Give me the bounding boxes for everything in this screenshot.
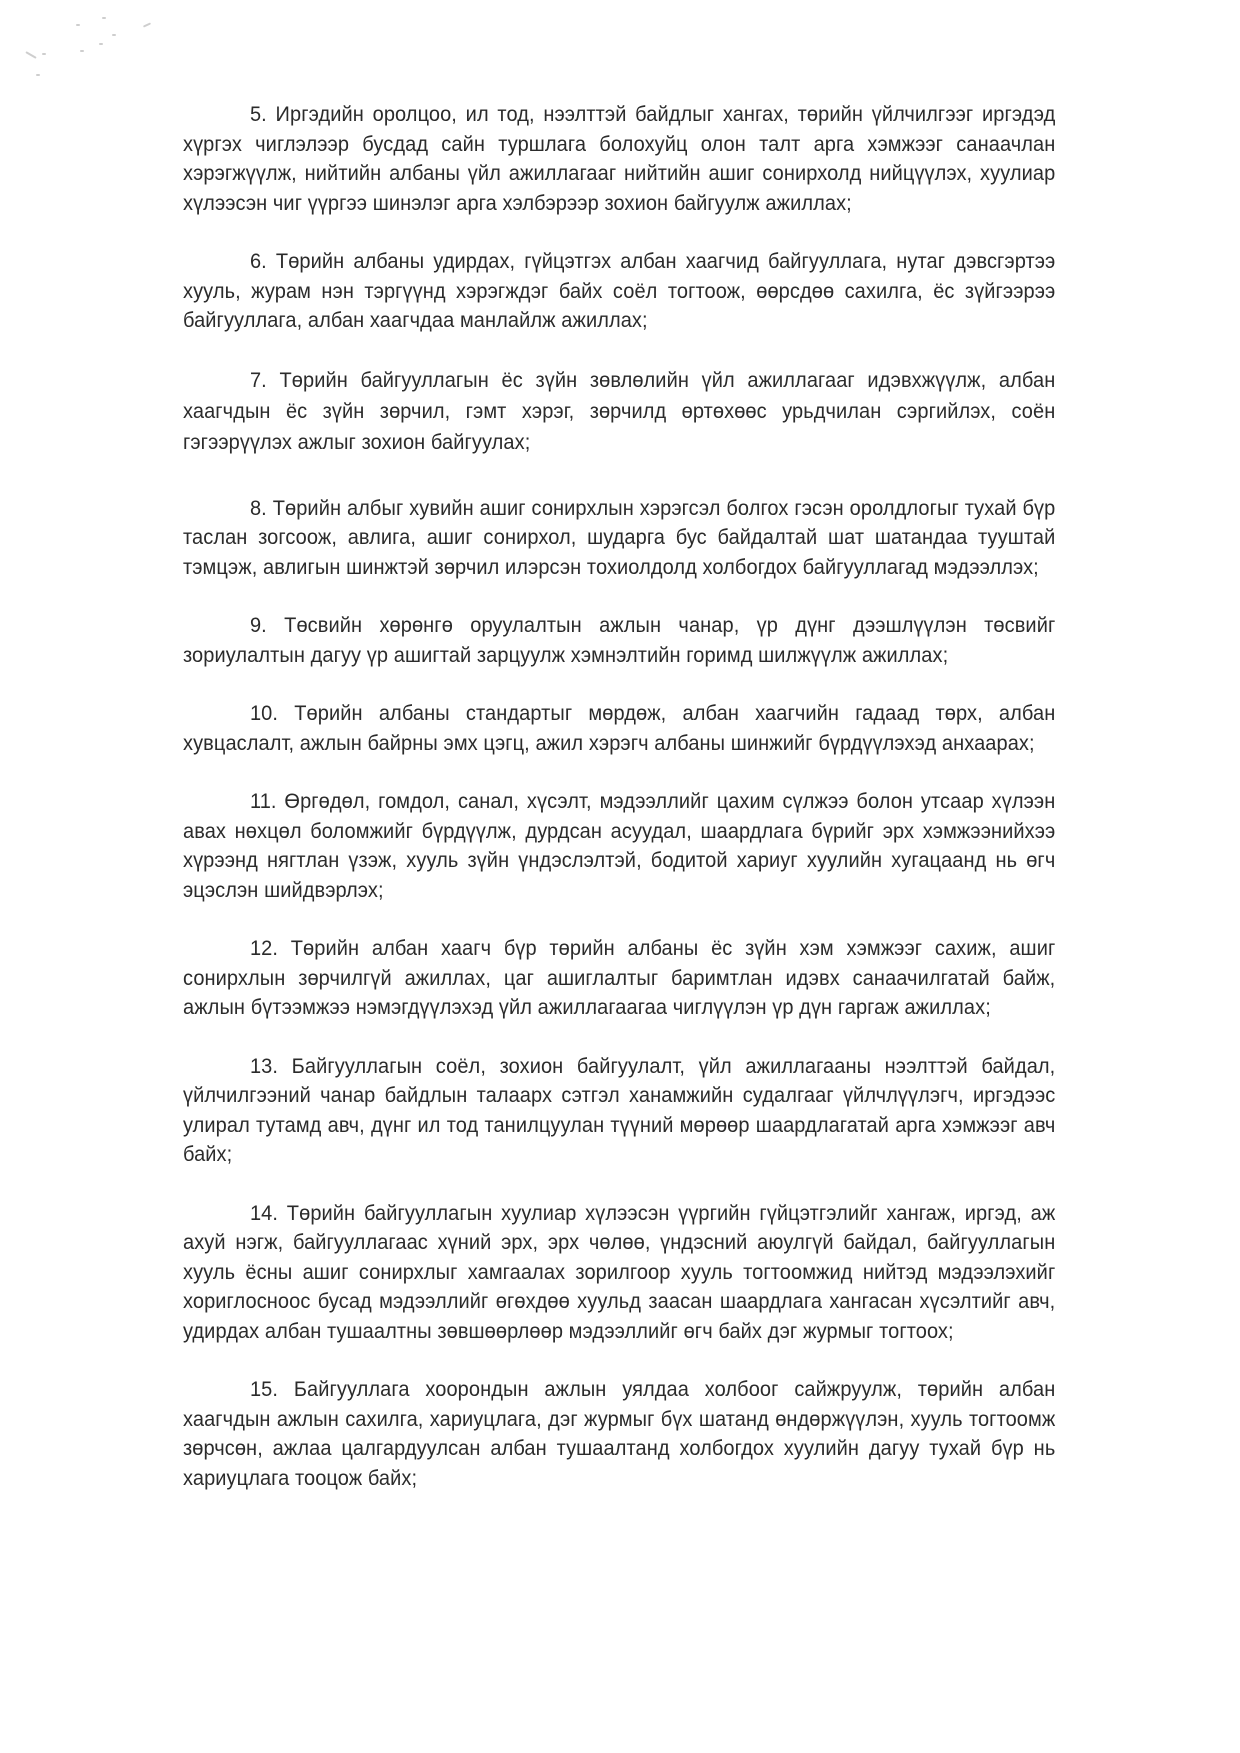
scan-speck (76, 24, 80, 26)
paragraph-item-15: 15. Байгууллага хоорондын ажлын уялдаа х… (183, 1375, 1055, 1493)
paragraph-item-10: 10. Төрийн албаны стандартыг мөрдөж, алб… (183, 699, 1055, 758)
document-page: 5. Иргэдийн оролцоо, ил тод, нээлттэй ба… (183, 100, 1055, 1493)
scan-speck (102, 17, 106, 19)
scan-speck (80, 50, 84, 52)
paragraph-item-7: 7. Төрийн байгууллагын ёс зүйн зөвлөлийн… (183, 365, 1055, 458)
paragraph-item-12: 12. Төрийн албан хаагч бүр төрийн албаны… (183, 934, 1055, 1023)
scan-speck (36, 74, 40, 76)
scan-speck (42, 53, 46, 55)
scan-speck (99, 43, 103, 45)
scan-speck (143, 22, 151, 27)
paragraph-item-5: 5. Иргэдийн оролцоо, ил тод, нээлттэй ба… (183, 100, 1055, 218)
paragraph-item-14: 14. Төрийн байгууллагын хуулиар хүлээсэн… (183, 1199, 1055, 1347)
paragraph-item-11: 11. Өргөдөл, гомдол, санал, хүсэлт, мэдэ… (183, 787, 1055, 905)
paragraph-item-6: 6. Төрийн албаны удирдах, гүйцэтгэх алба… (183, 247, 1055, 336)
scan-speck (25, 51, 36, 59)
paragraph-item-8: 8. Төрийн албыг хувийн ашиг сонирхлын хэ… (183, 494, 1055, 583)
paragraph-item-9: 9. Төсвийн хөрөнгө оруулалтын ажлын чана… (183, 611, 1055, 670)
scan-speck (112, 34, 116, 36)
paragraph-item-13: 13. Байгууллагын соёл, зохион байгуулалт… (183, 1052, 1055, 1170)
